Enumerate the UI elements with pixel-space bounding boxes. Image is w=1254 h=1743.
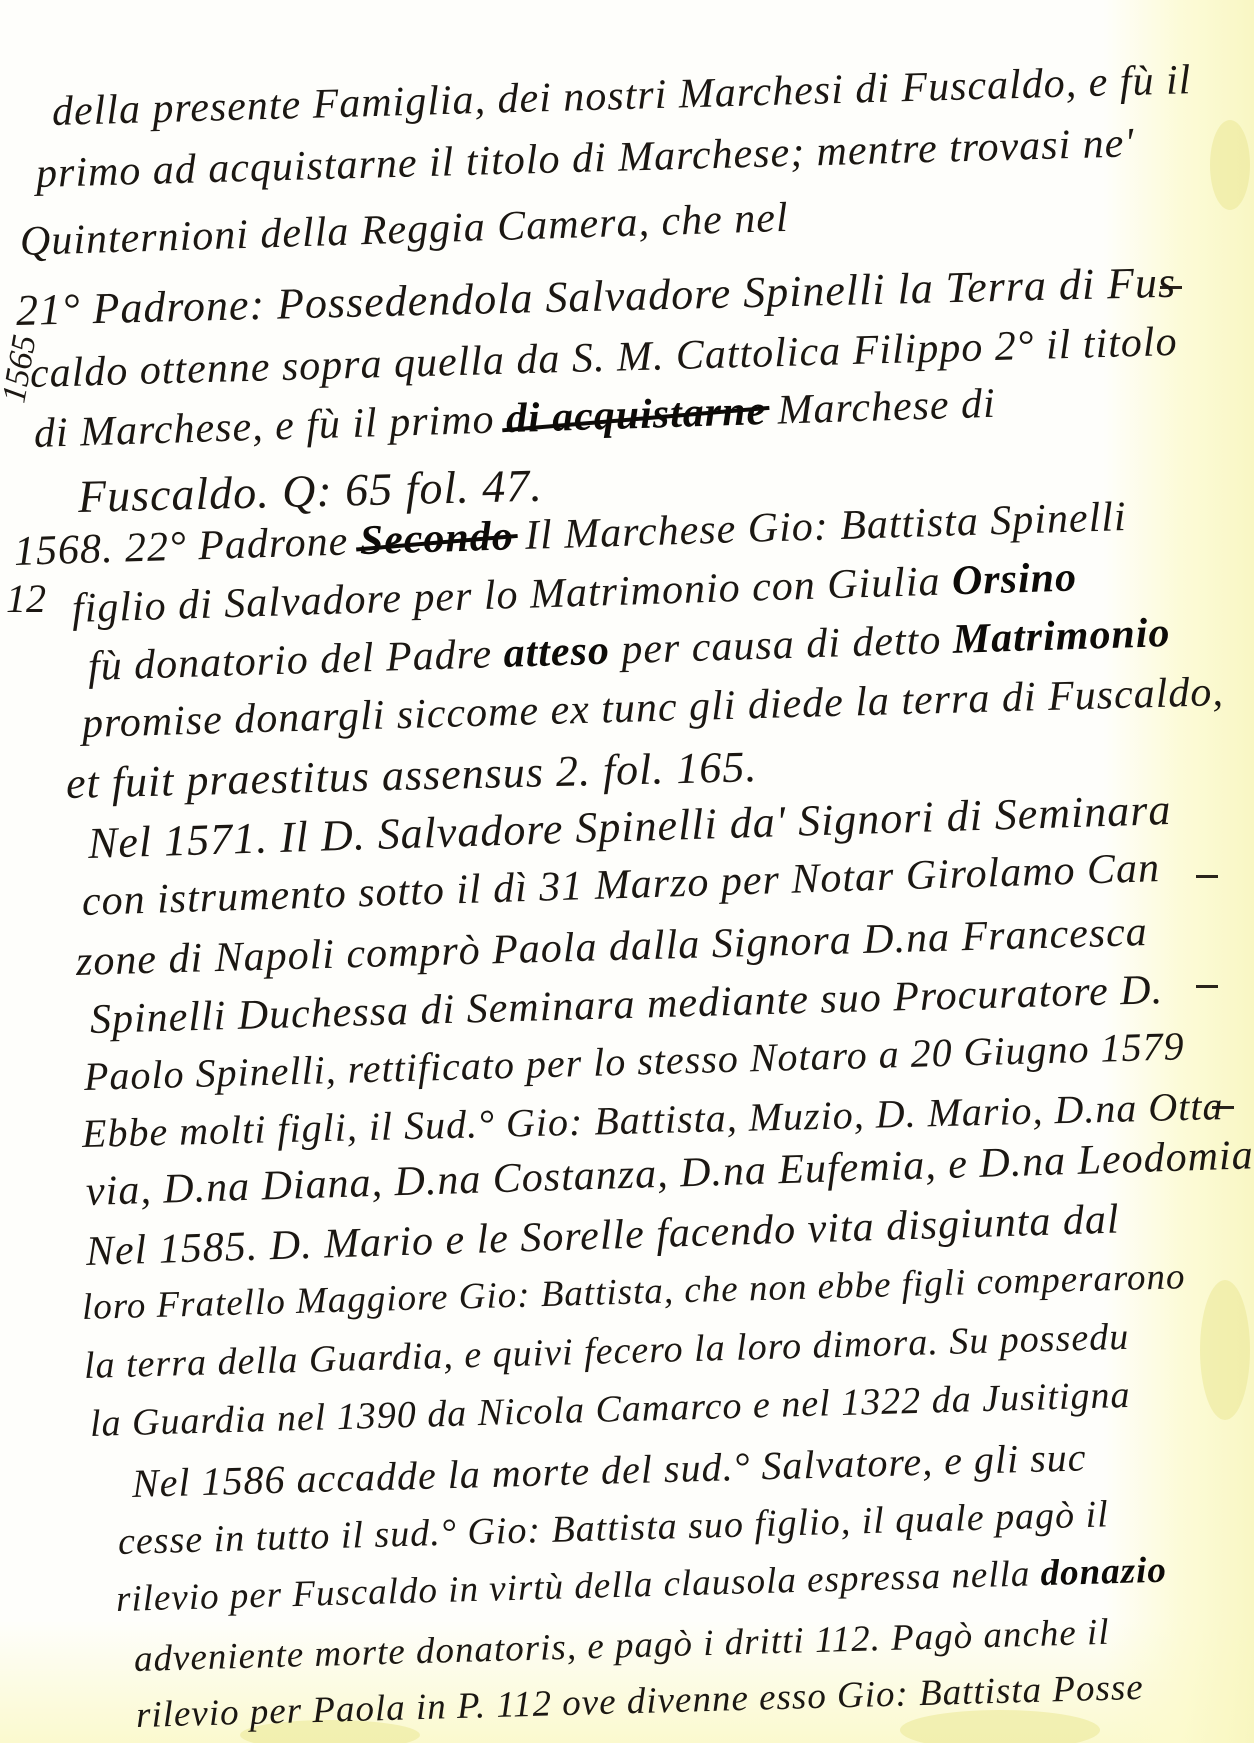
heavy-ink-text: Matrimonio (952, 610, 1171, 663)
struck-through-text: di acquistarne (505, 387, 767, 443)
heavy-ink-text: atteso (503, 628, 611, 677)
struck-through-text: Secondo (359, 512, 514, 565)
line-text: cesse in tutto il sud.° Gio: Battista su… (117, 1493, 1109, 1563)
heavy-ink-text: donazio (1040, 1550, 1167, 1595)
hyphen-mark (1196, 985, 1218, 988)
line-text: Il Marchese Gio: Battista Spinelli (524, 494, 1127, 559)
line-text: rilevio per Fuscaldo in virtù della clau… (115, 1553, 1030, 1620)
paper-stain (1200, 1280, 1250, 1420)
line-text: per causa di detto (621, 617, 942, 673)
line-text: Quinternioni della Reggia Camera, che ne… (19, 195, 789, 265)
line-text: Nel 1586 accadde la morte del sud.° Salv… (131, 1434, 1087, 1506)
manuscript-page: 1565 12 della presente Famiglia, dei nos… (0, 0, 1254, 1743)
manuscript-line: la Guardia nel 1390 da Nicola Camarco e … (89, 1373, 1131, 1446)
manuscript-line: et fuit praestitus assensus 2. fol. 165. (65, 741, 758, 809)
manuscript-line: Quinternioni della Reggia Camera, che ne… (19, 194, 789, 266)
margin-page-number: 12 (6, 575, 46, 622)
paper-stain (1210, 120, 1250, 210)
hyphen-mark (1196, 875, 1218, 878)
line-text: 1568. 22° Padrone (13, 519, 349, 575)
line-text: Marchese di (777, 381, 997, 434)
line-text: et fuit praestitus assensus 2. fol. 165. (65, 742, 757, 808)
paper-stain (900, 1710, 1100, 1743)
line-text: di Marchese, e fù il primo (33, 397, 495, 457)
heavy-ink-text: Orsino (951, 554, 1077, 604)
line-text: adveniente morte donatoris, e pagò i dri… (133, 1612, 1110, 1680)
line-text: fù donatorio del Padre (87, 631, 492, 690)
line-text: la Guardia nel 1390 da Nicola Camarco e … (89, 1374, 1131, 1445)
